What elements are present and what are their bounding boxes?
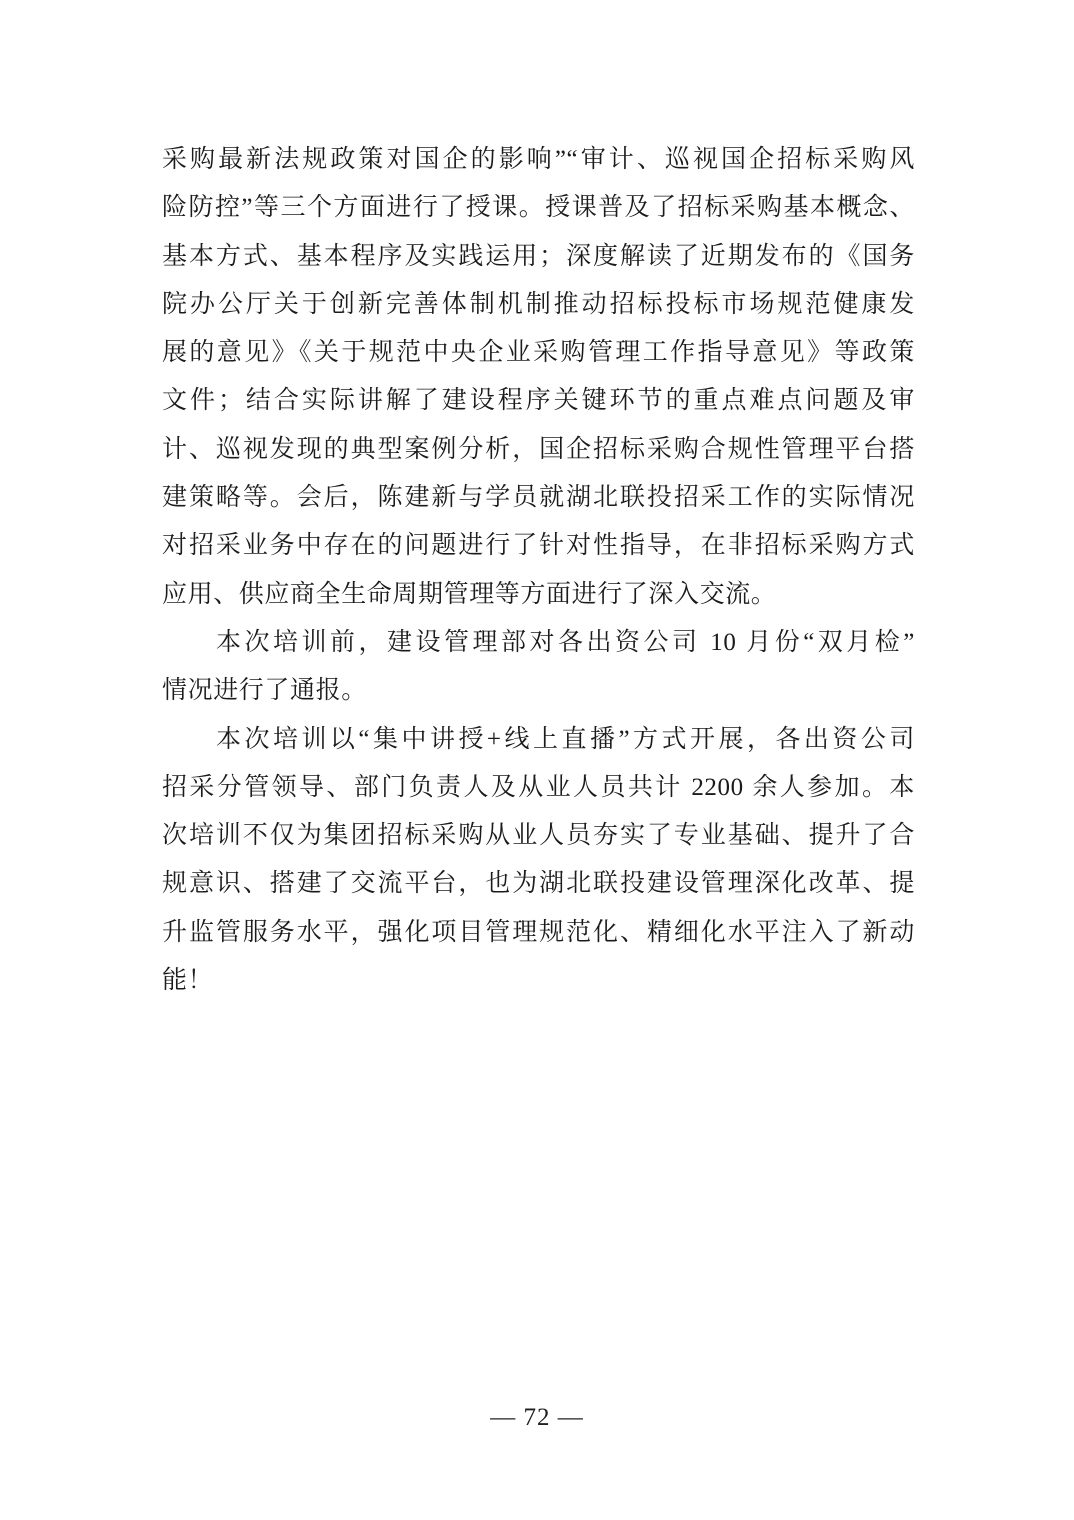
text-line: 文件；结合实际讲解了建设程序关键环节的重点难点问题及审 bbox=[162, 377, 915, 425]
text-line: 本次培训前，建设管理部对各出资公司 10 月份“双月检” bbox=[162, 619, 915, 667]
text-line: 应用、供应商全生命周期管理等方面进行了深入交流。 bbox=[162, 571, 915, 619]
text-line: 招采分管领导、部门负责人及从业人员共计 2200 余人参加。本 bbox=[162, 764, 915, 812]
text-line: 采购最新法规政策对国企的影响”“审计、巡视国企招标采购风 bbox=[162, 136, 915, 184]
text-line: 情况进行了通报。 bbox=[162, 667, 915, 715]
text-line: 次培训不仅为集团招标采购从业人员夯实了专业基础、提升了合 bbox=[162, 812, 915, 860]
text-line: 能！ bbox=[162, 957, 915, 1005]
text-line: 对招采业务中存在的问题进行了针对性指导，在非招标采购方式 bbox=[162, 522, 915, 570]
document-page: 采购最新法规政策对国企的影响”“审计、巡视国企招标采购风险防控”等三个方面进行了… bbox=[0, 0, 1074, 1520]
text-line: 院办公厅关于创新完善体制机制推动招标投标市场规范健康发 bbox=[162, 281, 915, 329]
text-line: 计、巡视发现的典型案例分析，国企招标采购合规性管理平台搭 bbox=[162, 426, 915, 474]
paragraph: 本次培训以“集中讲授+线上直播”方式开展，各出资公司招采分管领导、部门负责人及从… bbox=[162, 716, 915, 1006]
text-line: 本次培训以“集中讲授+线上直播”方式开展，各出资公司 bbox=[162, 716, 915, 764]
text-line: 基本方式、基本程序及实践运用；深度解读了近期发布的《国务 bbox=[162, 233, 915, 281]
text-line: 规意识、搭建了交流平台，也为湖北联投建设管理深化改革、提 bbox=[162, 860, 915, 908]
text-line: 展的意见》《关于规范中央企业采购管理工作指导意见》等政策 bbox=[162, 329, 915, 377]
paragraph: 采购最新法规政策对国企的影响”“审计、巡视国企招标采购风险防控”等三个方面进行了… bbox=[162, 136, 915, 619]
text-block: 采购最新法规政策对国企的影响”“审计、巡视国企招标采购风险防控”等三个方面进行了… bbox=[162, 136, 915, 1005]
paragraph: 本次培训前，建设管理部对各出资公司 10 月份“双月检”情况进行了通报。 bbox=[162, 619, 915, 716]
text-line: 升监管服务水平，强化项目管理规范化、精细化水平注入了新动 bbox=[162, 909, 915, 957]
text-line: 险防控”等三个方面进行了授课。授课普及了招标采购基本概念、 bbox=[162, 184, 915, 232]
text-line: 建策略等。会后，陈建新与学员就湖北联投招采工作的实际情况 bbox=[162, 474, 915, 522]
page-number: — 72 — bbox=[0, 1404, 1074, 1432]
